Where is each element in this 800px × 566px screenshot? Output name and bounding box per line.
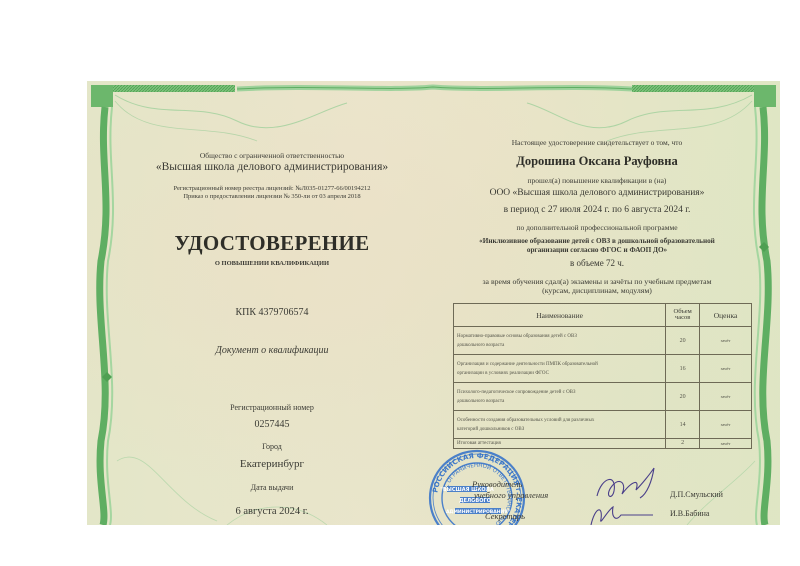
course-name-line2: дошкольного возраста bbox=[457, 341, 662, 350]
city-label: Город bbox=[147, 442, 397, 451]
table-row: Итоговая аттестация2зачёт bbox=[454, 439, 752, 449]
exams-text-line2: (курсам, дисциплинам, модулям) bbox=[447, 286, 747, 295]
certificate-title: УДОСТОВЕРЕНИЕ bbox=[147, 231, 397, 256]
holder-name: Дорошина Оксана Рауфовна bbox=[447, 154, 747, 169]
table-row: Нормативно-правовые основы образования д… bbox=[454, 327, 752, 355]
table-header: Наименование Объем часов Оценка bbox=[454, 304, 752, 327]
passed-text: прошел(а) повышение квалификации в (на) bbox=[447, 176, 747, 185]
table-row: Психолого-педагогическое сопровождение д… bbox=[454, 383, 752, 411]
city: Екатеринбург bbox=[147, 458, 397, 470]
course-hours: 20 bbox=[666, 327, 700, 355]
course-name: Особенности создания образовательных усл… bbox=[454, 411, 666, 439]
org-type: Общество с ограниченной ответственностью bbox=[147, 151, 397, 160]
kpk-number: КПК 4379706574 bbox=[147, 307, 397, 318]
intro-text: Настоящее удостоверение свидетельствует … bbox=[447, 138, 747, 147]
signatory-role-dept: учебного управления bbox=[474, 490, 548, 500]
course-name-line1: Итоговая аттестация bbox=[457, 439, 662, 448]
course-grade: зачёт bbox=[700, 383, 752, 411]
grades-table: Наименование Объем часов Оценка Норматив… bbox=[453, 303, 752, 449]
course-name-line1: Особенности создания образовательных усл… bbox=[457, 416, 662, 425]
course-grade: зачёт bbox=[700, 411, 752, 439]
program-title-line1: «Инклюзивное образование детей с ОВЗ в д… bbox=[442, 237, 752, 246]
course-hours: 2 bbox=[666, 439, 700, 449]
program-volume: в объеме 72 ч. bbox=[447, 258, 747, 268]
exams-text-line1: за время обучения сдал(а) экзамены и зач… bbox=[447, 277, 747, 286]
course-grade: зачёт bbox=[700, 439, 752, 449]
course-name: Итоговая аттестация bbox=[454, 439, 666, 449]
signature-head bbox=[592, 466, 662, 506]
course-grade: зачёт bbox=[700, 327, 752, 355]
course-grade: зачёт bbox=[700, 355, 752, 383]
header-name: Наименование bbox=[454, 304, 666, 327]
course-name-line1: Психолого-педагогическое сопровождение д… bbox=[457, 388, 662, 397]
org-name: «Высшая школа делового администрирования… bbox=[147, 161, 397, 173]
table-row: Особенности создания образовательных усл… bbox=[454, 411, 752, 439]
document-type: Документ о квалификации bbox=[147, 345, 397, 356]
course-name-line1: Организация и содержание деятельности ПМ… bbox=[457, 360, 662, 369]
course-name: Психолого-педагогическое сопровождение д… bbox=[454, 383, 666, 411]
program-title: «Инклюзивное образование детей с ОВЗ в д… bbox=[442, 237, 752, 255]
course-name: Организация и содержание деятельности ПМ… bbox=[454, 355, 666, 383]
program-label: по дополнительной профессиональной прогр… bbox=[447, 223, 747, 232]
course-name-line2: дошкольного возраста bbox=[457, 397, 662, 406]
issue-date: 6 августа 2024 г. bbox=[147, 506, 397, 517]
study-period: в период с 27 июля 2024 г. по 6 августа … bbox=[447, 205, 747, 215]
organization: ООО «Высшая школа делового администриров… bbox=[447, 188, 747, 198]
license-info: Регистрационный номер реестра лицензий: … bbox=[147, 185, 397, 201]
course-name: Нормативно-правовые основы образования д… bbox=[454, 327, 666, 355]
issue-date-label: Дата выдачи bbox=[147, 483, 397, 492]
program-title-line2: организации согласно ФГОС и ФАОП ДО» bbox=[442, 246, 752, 255]
signatory-role-secretary: Секретарь bbox=[485, 511, 525, 521]
course-name-line2: категорий дошкольников с ОВЗ bbox=[457, 425, 662, 434]
header-grade: Оценка bbox=[700, 304, 752, 327]
course-hours: 20 bbox=[666, 383, 700, 411]
license-order: Приказ о предоставлении лицензии № 350-л… bbox=[147, 193, 397, 201]
header-hours: Объем часов bbox=[666, 304, 700, 327]
course-name-line2: организации в условиях реализации ФГОС bbox=[457, 369, 662, 378]
reg-number-label: Регистрационный номер bbox=[147, 403, 397, 412]
course-hours: 14 bbox=[666, 411, 700, 439]
certificate: Общество с ограниченной ответственностью… bbox=[87, 81, 780, 525]
signature-secretary bbox=[587, 501, 657, 525]
signatory-role-head: Руководитель bbox=[472, 479, 522, 489]
course-name-line1: Нормативно-правовые основы образования д… bbox=[457, 332, 662, 341]
license-registry: Регистрационный номер реестра лицензий: … bbox=[147, 185, 397, 193]
signatory-name-secretary: И.В.Бабина bbox=[670, 509, 709, 518]
exams-text: за время обучения сдал(а) экзамены и зач… bbox=[447, 277, 747, 295]
header-hours-line2: часов bbox=[669, 315, 696, 322]
reg-number: 0257445 bbox=[147, 419, 397, 430]
signatory-name-head: Д.П.Смульский bbox=[670, 490, 723, 499]
course-hours: 16 bbox=[666, 355, 700, 383]
certificate-subtitle: О ПОВЫШЕНИИ КВАЛИФИКАЦИИ bbox=[147, 260, 397, 267]
table-row: Организация и содержание деятельности ПМ… bbox=[454, 355, 752, 383]
